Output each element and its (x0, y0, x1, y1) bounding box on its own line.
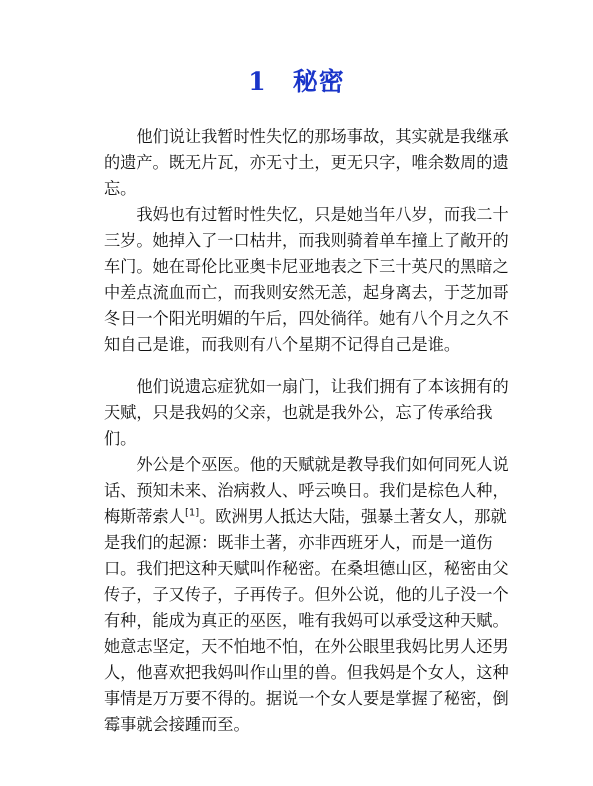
text-line: 他们说让我暂时性失忆的那场事故，其实就是我继承 (104, 124, 504, 150)
text-line: 的遗产。既无片瓦，亦无寸土，更无只字，唯余数周的遗 (104, 150, 504, 176)
chapter-number: 1 (248, 67, 266, 96)
text-line: 冬日一个阳光明媚的午后，四处徜徉。她有八个月之久不 (104, 306, 504, 332)
chapter-heading: 1秘密 (0, 62, 593, 98)
text-line: 三岁。她掉入了一口枯井，而我则骑着单车撞上了敞开的 (104, 228, 504, 254)
book-page: 1秘密 他们说让我暂时性失忆的那场事故，其实就是我继承 的遗产。既无片瓦，亦无寸… (0, 0, 593, 786)
text-segment: 。欧洲男人抵达大陆，强暴土著女人，那就 (199, 507, 507, 526)
paragraph-1: 他们说让我暂时性失忆的那场事故，其实就是我继承 的遗产。既无片瓦，亦无寸土，更无… (104, 124, 504, 202)
text-line: 中差点流血而亡，而我则安然无恙，起身离去，于芝加哥 (104, 280, 504, 306)
text-line: 口。我们把这种天赋叫作秘密。在桑坦德山区，秘密由父 (104, 556, 504, 582)
text-line: 传子，子又传子，子再传子。但外公说，他的儿子没一个 (104, 582, 504, 608)
text-line-with-footnote: 梅斯蒂索人[1]。欧洲男人抵达大陆，强暴土著女人，那就 (104, 504, 504, 530)
footnote-link[interactable]: [1] (185, 508, 199, 519)
text-line: 她意志坚定，天不怕地不怕，在外公眼里我妈比男人还男 (104, 634, 504, 660)
text-line: 人，他喜欢把我妈叫作山里的兽。但我妈是个女人，这种 (104, 660, 504, 686)
text-line: 天赋，只是我妈的父亲，也就是我外公，忘了传承给我 (104, 400, 504, 426)
chapter-title: 秘密 (293, 67, 345, 96)
text-line: 忘。 (104, 176, 504, 202)
text-line: 我妈也有过暂时性失忆，只是她当年八岁，而我二十 (104, 202, 504, 228)
text-line: 们。 (104, 426, 504, 452)
text-line: 车门。她在哥伦比亚奥卡尼亚地表之下三十英尺的黑暗之 (104, 254, 504, 280)
text-line: 知自己是谁，而我则有八个星期不记得自己是谁。 (104, 332, 504, 358)
paragraph-3: 他们说遗忘症犹如一扇门，让我们拥有了本该拥有的 天赋，只是我妈的父亲，也就是我外… (104, 374, 504, 452)
paragraph-4: 外公是个巫医。他的天赋就是教导我们如何同死人说 话、预知未来、治病救人、呼云唤日… (104, 452, 504, 738)
text-line: 事情是万万要不得的。据说一个女人要是掌握了秘密，倒 (104, 686, 504, 712)
text-line: 外公是个巫医。他的天赋就是教导我们如何同死人说 (104, 452, 504, 478)
text-line: 有种，能成为真正的巫医，唯有我妈可以承受这种天赋。 (104, 608, 504, 634)
text-line: 话、预知未来、治病救人、呼云唤日。我们是棕色人种， (104, 478, 504, 504)
paragraph-2: 我妈也有过暂时性失忆，只是她当年八岁，而我二十 三岁。她掉入了一口枯井，而我则骑… (104, 202, 504, 358)
text-line: 是我们的起源：既非土著，亦非西班牙人，而是一道伤 (104, 530, 504, 556)
text-segment: 梅斯蒂索人 (104, 507, 185, 526)
text-line: 他们说遗忘症犹如一扇门，让我们拥有了本该拥有的 (104, 374, 504, 400)
text-line: 霉事就会接踵而至。 (104, 712, 504, 738)
